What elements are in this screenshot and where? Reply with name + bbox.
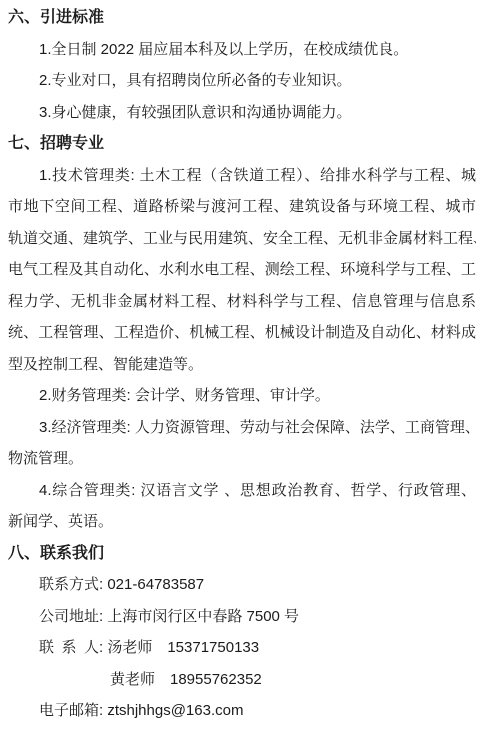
majors-tech-line-4: 电气工程及其自动化、水利水电工程、测绘工程、环境科学与工程、工	[8, 254, 476, 286]
contact-address-line: 公司地址: 上海市闵行区中春路 7500 号	[8, 601, 476, 633]
majors-general-line-2: 新闻学、英语。	[8, 506, 476, 538]
standards-item-2: 2.专业对口，具有招聘岗位所必备的专业知识。	[8, 65, 476, 97]
majors-tech-line-5: 程力学、无机非金属材料工程、材料科学与工程、信息管理与信息系	[8, 286, 476, 318]
standards-item-3: 3.身心健康，有较强团队意识和沟通协调能力。	[8, 97, 476, 129]
majors-general-line-1: 4.综合管理类: 汉语言文学 、思想政治教育、哲学、行政管理、	[8, 475, 476, 507]
majors-tech-line-1: 1.技术管理类: 土木工程（含铁道工程）、给排水科学与工程、城	[8, 160, 476, 192]
contact-person-line-2: 黄老师 18955762352	[8, 664, 476, 696]
majors-finance-line-1: 2.财务管理类: 会计学、财务管理、审计学。	[8, 380, 476, 412]
contact-phone-line: 联系方式: 021-64783587	[8, 569, 476, 601]
heading-section-6: 六、引进标准	[8, 2, 476, 34]
majors-economics-line-1: 3.经济管理类: 人力资源管理、劳动与社会保障、法学、工商管理、	[8, 412, 476, 444]
document-page: 六、引进标准 1.全日制 2022 届应届本科及以上学历，在校成绩优良。 2.专…	[0, 0, 484, 727]
majors-tech-line-3: 轨道交通、建筑学、工业与民用建筑、安全工程、无机非金属材料工程、	[8, 223, 476, 255]
majors-tech-line-2: 市地下空间工程、道路桥梁与渡河工程、建筑设备与环境工程、城市	[8, 191, 476, 223]
majors-tech-line-6: 统、工程管理、工程造价、机械工程、机械设计制造及自动化、材料成	[8, 317, 476, 349]
majors-tech-line-7: 型及控制工程、智能建造等。	[8, 349, 476, 381]
contact-email-line: 电子邮箱: ztshjhhgs@163.com	[8, 695, 476, 727]
heading-section-8: 八、联系我们	[8, 538, 476, 570]
contact-person-line-1: 联 系 人: 汤老师 15371750133	[8, 632, 476, 664]
heading-section-7: 七、招聘专业	[8, 128, 476, 160]
majors-economics-line-2: 物流管理。	[8, 443, 476, 475]
standards-item-1: 1.全日制 2022 届应届本科及以上学历，在校成绩优良。	[8, 34, 476, 66]
